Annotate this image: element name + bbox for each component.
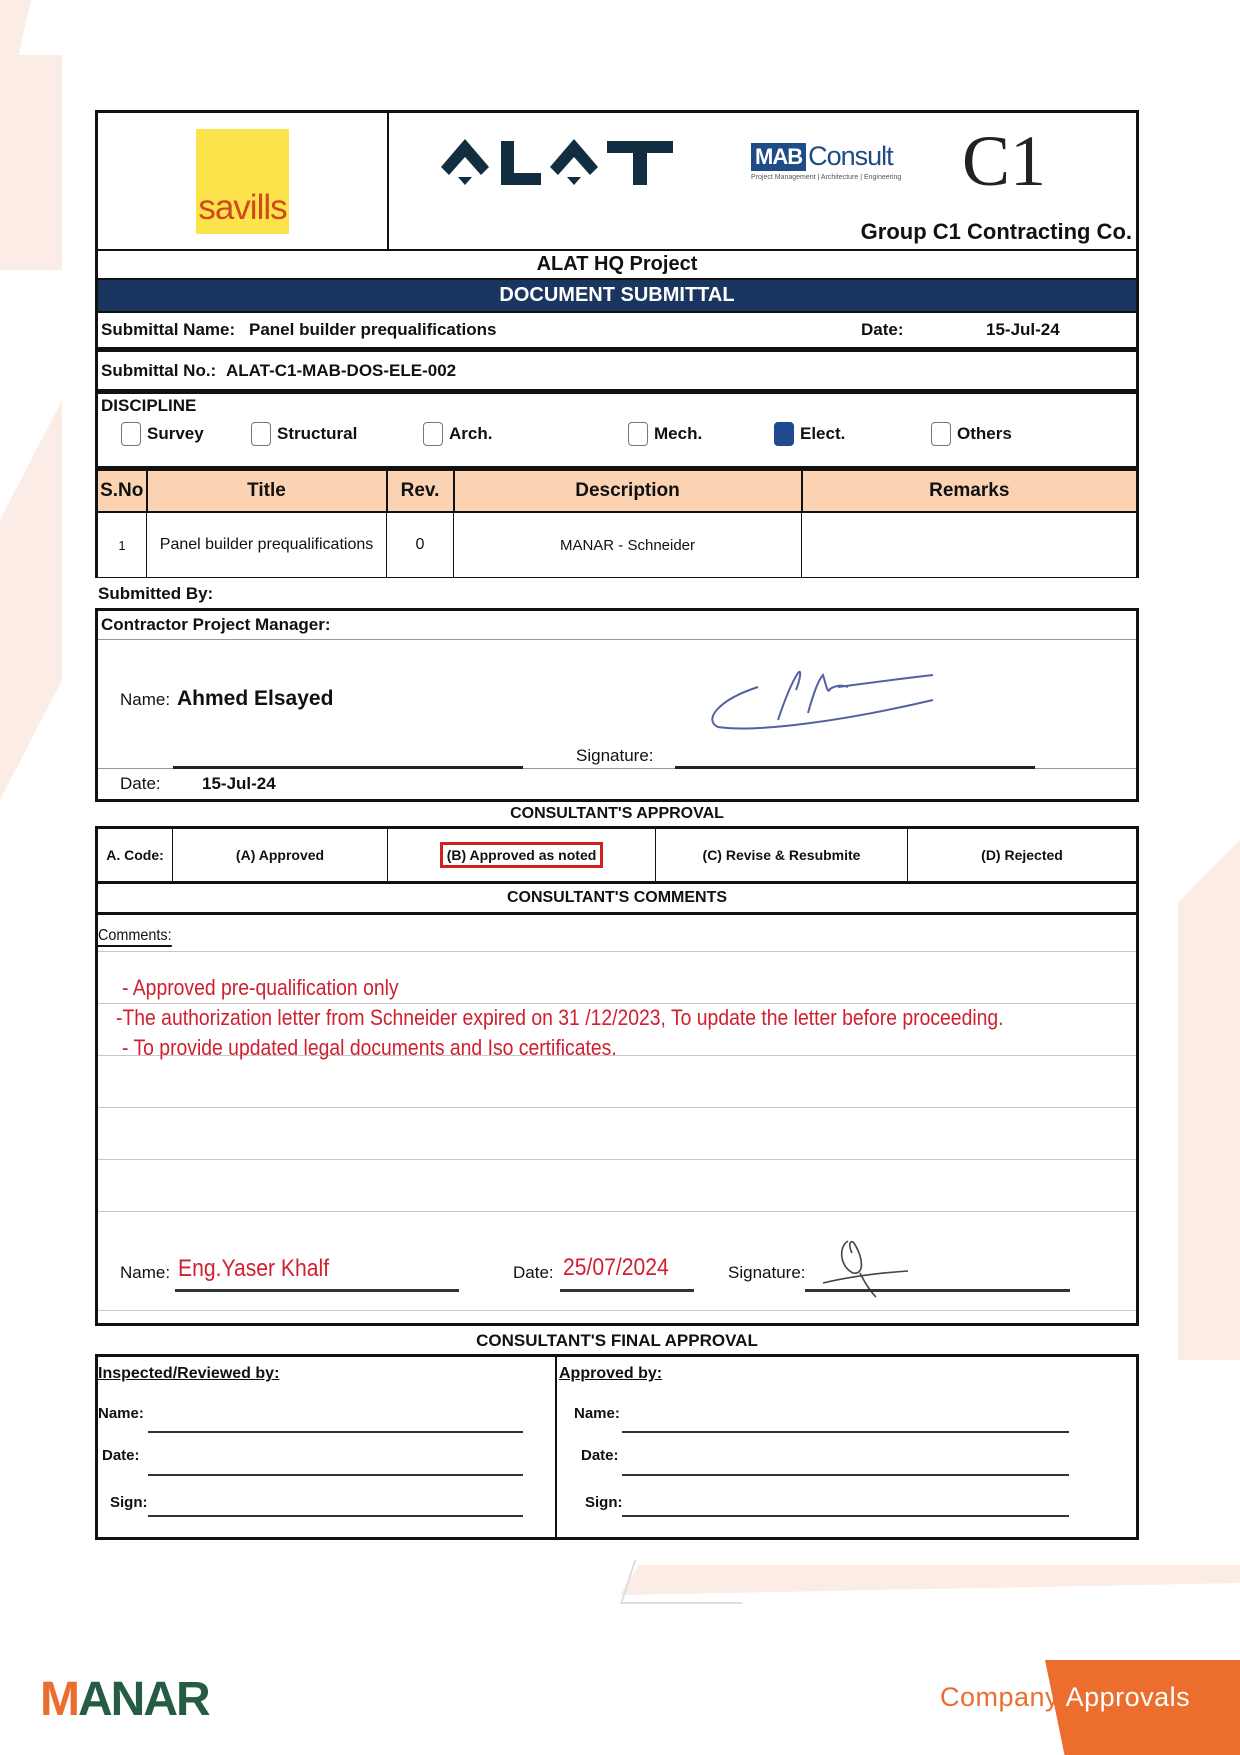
final-approval-section: Inspected/Reviewed by: Name: Date: Sign:… bbox=[95, 1354, 1139, 1540]
consultant-approval-title: CONSULTANT'S APPROVAL bbox=[95, 802, 1139, 826]
consultant-name-value[interactable]: Eng.Yaser Khalf bbox=[178, 1255, 329, 1283]
checkbox[interactable] bbox=[121, 422, 141, 446]
ruled-line bbox=[98, 1003, 1136, 1004]
pm-name-value[interactable]: Ahmed Elsayed bbox=[177, 687, 333, 711]
consultant-date-underline bbox=[560, 1289, 694, 1292]
col-sno: S.No bbox=[97, 470, 147, 512]
table-header-row: S.No Title Rev. Description Remarks bbox=[97, 470, 1138, 512]
cell-remarks bbox=[802, 512, 1138, 578]
discipline-mech[interactable]: Mech. bbox=[628, 422, 702, 446]
approval-option-d[interactable]: (D) Rejected bbox=[908, 829, 1136, 881]
contractor-pm-body: Name: Ahmed Elsayed Signature: bbox=[98, 640, 1136, 768]
manar-logo: MANAR bbox=[40, 1672, 209, 1727]
checkbox[interactable] bbox=[628, 422, 648, 446]
background-decoration bbox=[0, 400, 62, 800]
submittal-date-label: Date: bbox=[861, 320, 986, 340]
approval-code-row: A. Code: (A) Approved (B) Approved as no… bbox=[95, 826, 1139, 884]
pm-signature-underline bbox=[675, 766, 1035, 769]
consultant-comments-section: Comments: - Approved pre-qualification o… bbox=[95, 915, 1139, 1326]
consultant-signature-label: Signature: bbox=[728, 1263, 806, 1283]
submittal-form: savills MAB Consult bbox=[95, 110, 1139, 1540]
form-title: DOCUMENT SUBMITTAL bbox=[95, 280, 1139, 311]
pm-date-row: Date: 15-Jul-24 bbox=[98, 768, 1136, 799]
discipline-others[interactable]: Others bbox=[931, 422, 1012, 446]
cell-title: Panel builder prequalifications bbox=[147, 512, 387, 578]
inspected-reviewed-panel: Inspected/Reviewed by: Name: Date: Sign: bbox=[98, 1357, 557, 1537]
pm-name-label: Name: bbox=[120, 690, 170, 710]
table-row: 1 Panel builder prequalifications 0 MANA… bbox=[97, 512, 1138, 578]
discipline-label: DISCIPLINE bbox=[101, 396, 196, 416]
consultant-signature-underline bbox=[805, 1289, 1070, 1292]
savills-logo: savills bbox=[196, 129, 289, 234]
ruled-line bbox=[98, 1159, 1136, 1160]
mab-consult-logo: MAB Consult Project Management | Archite… bbox=[751, 141, 901, 181]
inspected-name-label: Name: bbox=[98, 1405, 144, 1422]
discipline-arch[interactable]: Arch. bbox=[423, 422, 492, 446]
selected-code-highlight: (B) Approved as noted bbox=[440, 842, 604, 868]
contractor-pm-label: Contractor Project Manager: bbox=[98, 611, 1136, 640]
col-rev: Rev. bbox=[387, 470, 454, 512]
approval-option-a[interactable]: (A) Approved bbox=[173, 829, 388, 881]
pm-signature-image bbox=[698, 665, 938, 740]
approved-by-panel: Approved by: Name: Date: Sign: bbox=[557, 1357, 1136, 1537]
c1-logo: C1 bbox=[962, 125, 1046, 197]
consultant-date-value[interactable]: 25/07/2024 bbox=[563, 1254, 669, 1282]
checkbox[interactable] bbox=[251, 422, 271, 446]
cell-description: MANAR - Schneider bbox=[454, 512, 802, 578]
submittal-name-label: Submittal Name: bbox=[101, 320, 249, 340]
submittal-no-label: Submittal No.: bbox=[101, 361, 226, 381]
approved-sign-label: Sign: bbox=[585, 1494, 623, 1511]
submittal-date-value[interactable]: 15-Jul-24 bbox=[986, 320, 1060, 340]
project-title: ALAT HQ Project bbox=[95, 251, 1139, 280]
footer-label: Company Approvals bbox=[940, 1682, 1190, 1713]
discipline-row: DISCIPLINE Survey Structural Arch. Mech.… bbox=[95, 392, 1139, 469]
pm-name-underline bbox=[173, 766, 523, 769]
ruled-line bbox=[98, 951, 1136, 952]
checkbox[interactable] bbox=[931, 422, 951, 446]
col-description: Description bbox=[454, 470, 802, 512]
consultant-date-label: Date: bbox=[513, 1263, 554, 1283]
pm-date-label: Date: bbox=[120, 774, 161, 794]
inspected-reviewed-label: Inspected/Reviewed by: bbox=[98, 1365, 279, 1383]
approved-date-field[interactable] bbox=[622, 1474, 1069, 1476]
cell-sno: 1 bbox=[97, 512, 147, 578]
discipline-structural[interactable]: Structural bbox=[251, 422, 357, 446]
comment-line: - Approved pre-qualification only bbox=[122, 975, 399, 1001]
submittal-name-row: Submittal Name: Panel builder prequalifi… bbox=[95, 311, 1139, 350]
final-approval-title: CONSULTANT'S FINAL APPROVAL bbox=[95, 1326, 1139, 1354]
ruled-line bbox=[98, 1211, 1136, 1212]
contractor-pm-section: Contractor Project Manager: Name: Ahmed … bbox=[95, 608, 1139, 802]
background-decoration bbox=[620, 1560, 756, 1604]
submittal-name-value[interactable]: Panel builder prequalifications bbox=[249, 320, 861, 340]
discipline-survey[interactable]: Survey bbox=[121, 422, 204, 446]
approved-name-field[interactable] bbox=[622, 1431, 1069, 1433]
submittal-no-value[interactable]: ALAT-C1-MAB-DOS-ELE-002 bbox=[226, 361, 456, 381]
comments-label: Comments: bbox=[98, 927, 172, 947]
consultant-name-underline bbox=[175, 1289, 459, 1292]
logo-header: savills MAB Consult bbox=[95, 110, 1139, 251]
comment-line: -The authorization letter from Schneider… bbox=[116, 1005, 1004, 1031]
comment-line: - To provide updated legal documents and… bbox=[122, 1035, 617, 1061]
inspected-date-field[interactable] bbox=[148, 1474, 523, 1476]
checkbox-checked[interactable] bbox=[774, 422, 794, 446]
ruled-line bbox=[98, 1107, 1136, 1108]
inspected-name-field[interactable] bbox=[148, 1431, 523, 1433]
approved-sign-field[interactable] bbox=[622, 1515, 1069, 1517]
consultant-comments-title: CONSULTANT'S COMMENTS bbox=[95, 884, 1139, 915]
submitted-by-label: Submitted By: bbox=[95, 578, 1139, 608]
inspected-sign-label: Sign: bbox=[110, 1494, 148, 1511]
inspected-date-label: Date: bbox=[102, 1447, 140, 1464]
pm-signature-label: Signature: bbox=[576, 746, 654, 766]
approved-date-label: Date: bbox=[581, 1447, 619, 1464]
col-title: Title bbox=[147, 470, 387, 512]
items-table: S.No Title Rev. Description Remarks 1 Pa… bbox=[95, 469, 1139, 578]
col-remarks: Remarks bbox=[802, 470, 1138, 512]
inspected-sign-field[interactable] bbox=[148, 1515, 523, 1517]
checkbox[interactable] bbox=[423, 422, 443, 446]
alat-logo bbox=[439, 137, 675, 189]
contractor-name: Group C1 Contracting Co. bbox=[861, 219, 1132, 245]
discipline-elect[interactable]: Elect. bbox=[774, 422, 845, 446]
cell-rev: 0 bbox=[387, 512, 454, 578]
consultant-name-label: Name: bbox=[120, 1263, 170, 1283]
partner-logos-cell: MAB Consult Project Management | Archite… bbox=[389, 113, 1136, 249]
approval-code-label: A. Code: bbox=[98, 829, 173, 881]
pm-date-value[interactable]: 15-Jul-24 bbox=[202, 774, 276, 794]
ruled-line bbox=[98, 1310, 1136, 1311]
approval-option-c[interactable]: (C) Revise & Resubmite bbox=[656, 829, 908, 881]
submittal-no-row: Submittal No.: ALAT-C1-MAB-DOS-ELE-002 bbox=[95, 350, 1139, 392]
client-logo-cell: savills bbox=[98, 113, 389, 249]
approved-by-label: Approved by: bbox=[559, 1365, 662, 1383]
approved-name-label: Name: bbox=[574, 1405, 620, 1422]
background-decoration bbox=[1178, 840, 1240, 1360]
approval-option-b-selected[interactable]: (B) Approved as noted bbox=[388, 829, 656, 881]
